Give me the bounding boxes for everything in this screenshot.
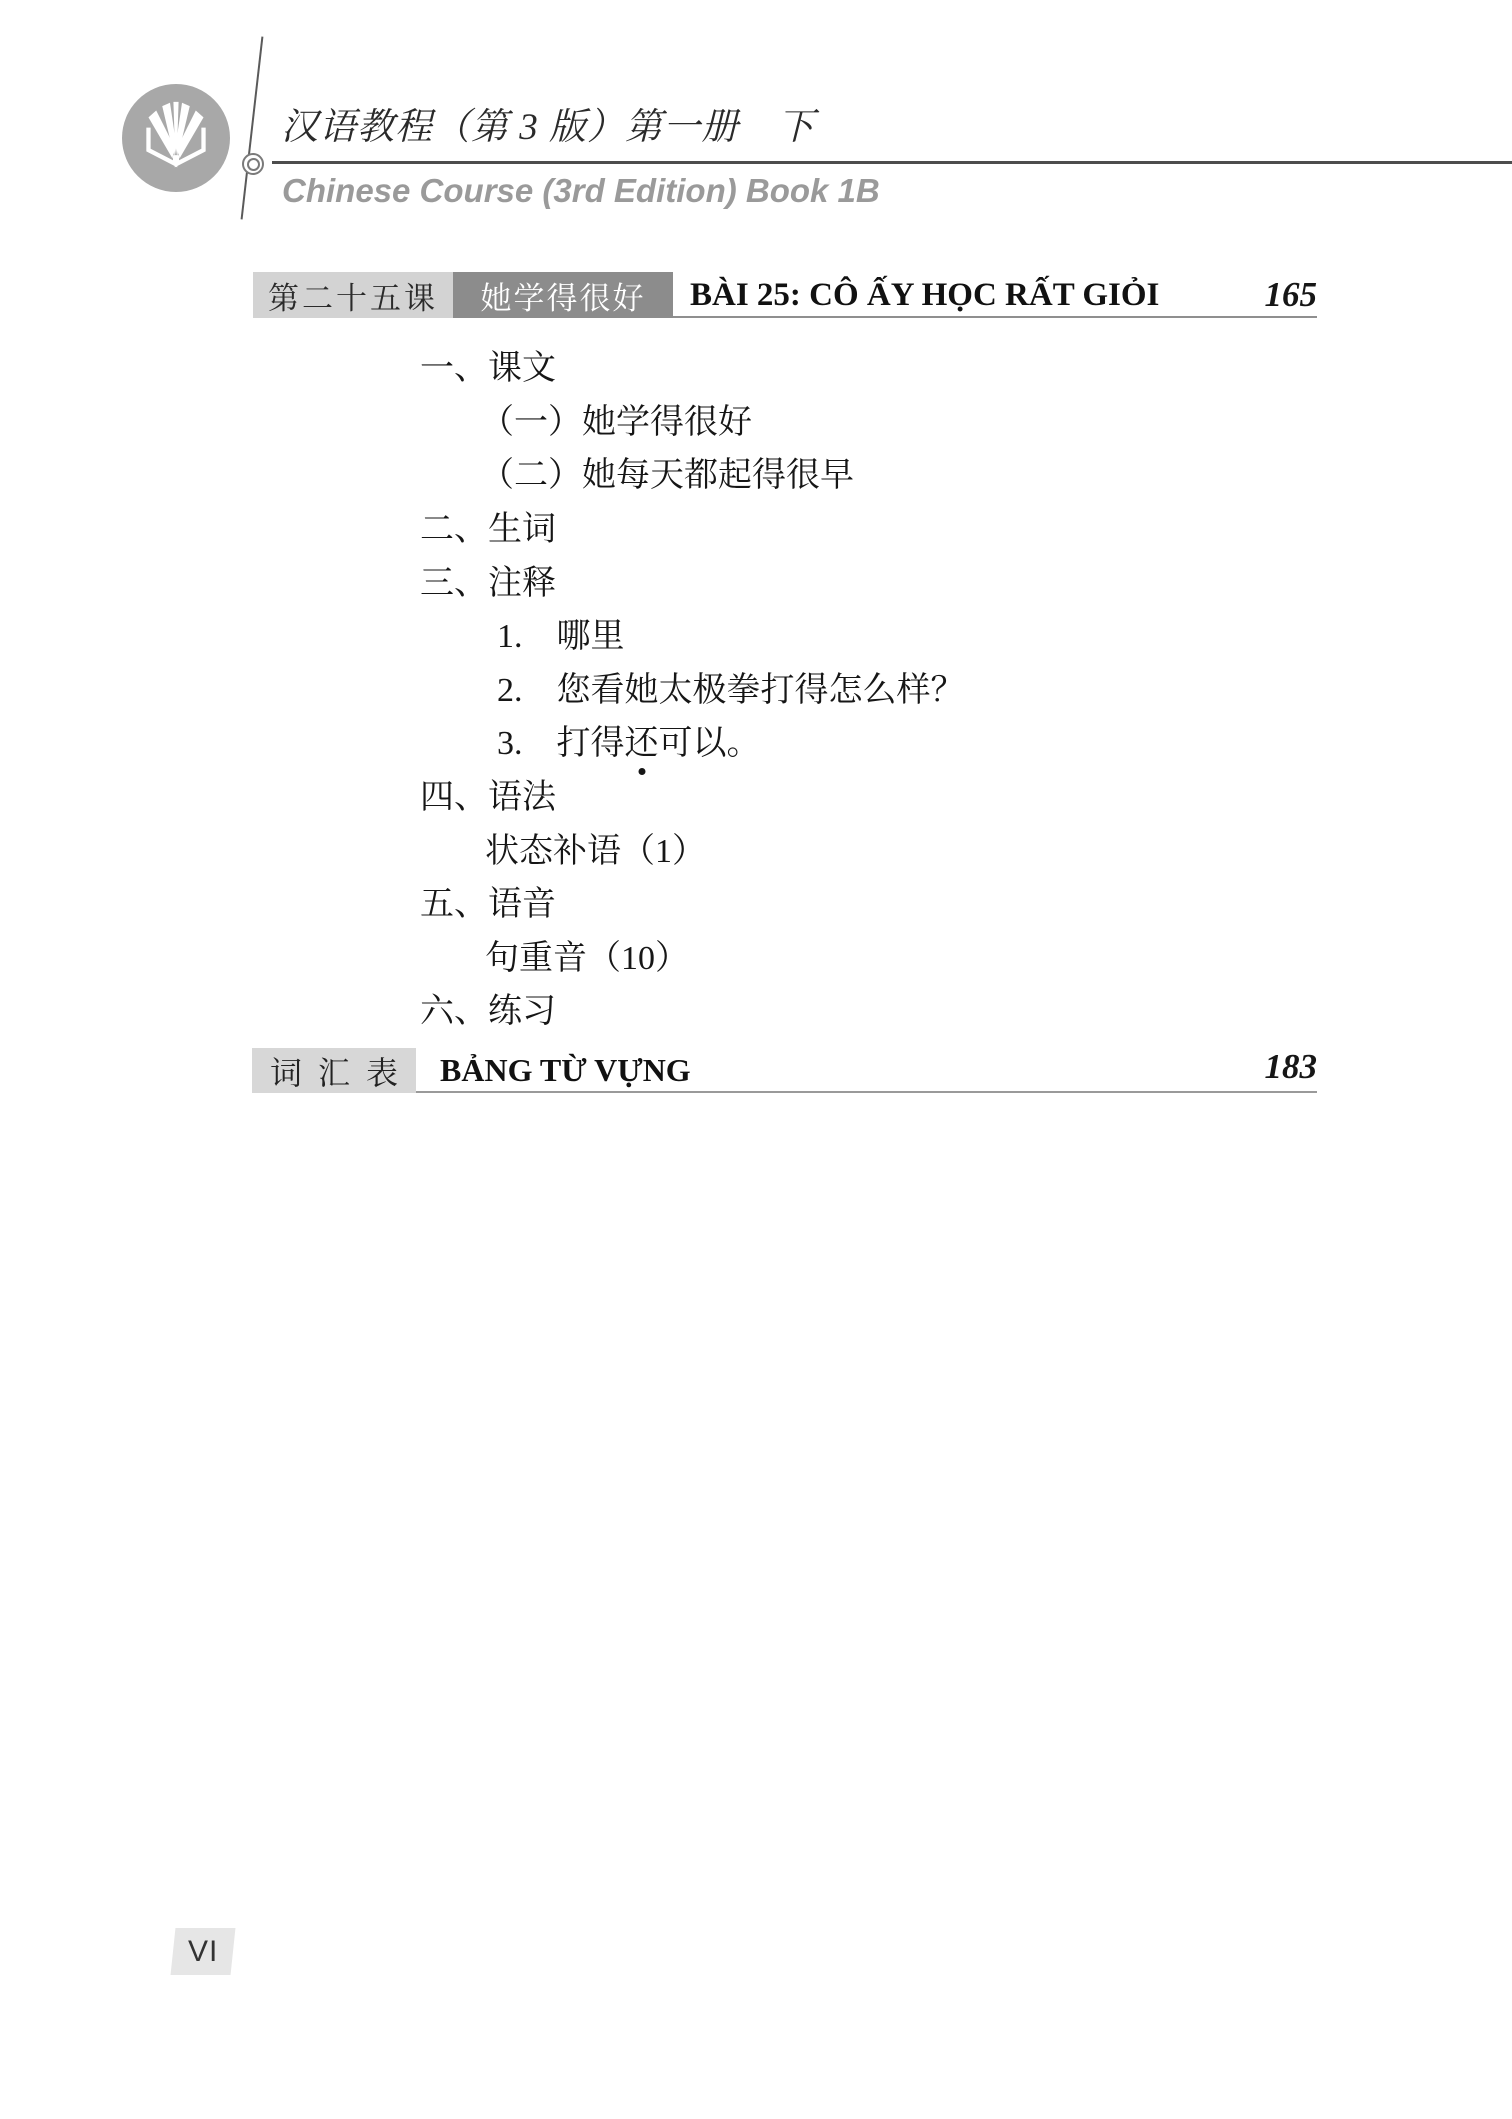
toc-item-text: 句重音（10）: [485, 930, 689, 979]
toc-item: 二、生词: [420, 499, 1180, 553]
diagonal-divider-line: [241, 36, 264, 219]
lesson-title-box: 她学得很好: [453, 272, 673, 318]
toc-item-text: 一、课文: [420, 340, 556, 389]
toc-item-text: 2. 您看她太极拳打得怎么样？: [497, 662, 965, 711]
toc-item-text: 二、生词: [420, 501, 556, 550]
vocab-list-box: 词 汇 表: [252, 1048, 416, 1093]
toc-item-text: （二）她每天都起得很早: [480, 447, 854, 496]
vocab-underline: [416, 1091, 1317, 1093]
open-book-icon: [133, 95, 219, 181]
toc-item-text: 1. 哪里: [497, 608, 625, 657]
book-page: 汉语教程（第 3 版）第一册 下 Chinese Course (3rd Edi…: [0, 0, 1512, 2119]
toc-item: （二）她每天都起得很早: [420, 445, 1180, 499]
lesson-title-vietnamese: BÀI 25: CÔ ẤY HỌC RẤT GIỎI: [690, 272, 1159, 318]
header-rule: [272, 161, 1512, 164]
vocab-list-page-number: 183: [1265, 1044, 1318, 1089]
toc-item-emphasized: 3. 打得还可以。: [420, 713, 1180, 767]
toc-item: 六、练习: [420, 981, 1180, 1035]
toc-item-text: 六、练习: [420, 983, 556, 1032]
toc-item-text: 三、注释: [420, 555, 556, 604]
toc-item: 三、注释: [420, 552, 1180, 606]
toc-item-text: 四、语法: [420, 769, 556, 818]
vocab-list-title-vietnamese: BẢNG TỪ VỰNG: [440, 1048, 691, 1093]
toc-item: 句重音（10）: [420, 928, 1180, 982]
toc-item: （一）她学得很好: [420, 392, 1180, 446]
toc-item-text: 状态补语（1）: [485, 823, 706, 872]
lesson-number-box: 第二十五课: [253, 272, 453, 318]
page-folio-box: VI: [171, 1928, 236, 1975]
book-title-chinese: 汉语教程（第 3 版）第一册 下: [281, 106, 815, 150]
lesson-underline: [673, 316, 1317, 318]
page-folio-number: VI: [188, 1935, 218, 1969]
table-of-contents: 一、课文 （一）她学得很好 （二）她每天都起得很早 二、生词 三、注释 1. 哪…: [420, 338, 1180, 1035]
toc-item-text: 可以。: [659, 715, 761, 764]
ring-marker-icon: [242, 153, 264, 175]
toc-item: 状态补语（1）: [420, 820, 1180, 874]
book-title-english: Chinese Course (3rd Edition) Book 1B: [282, 172, 880, 210]
toc-item: 1. 哪里: [420, 606, 1180, 660]
ring-marker-inner: [247, 158, 260, 171]
toc-item-text: 3. 打得: [497, 715, 625, 764]
toc-item: 2. 您看她太极拳打得怎么样？: [420, 660, 1180, 714]
toc-item: 五、语音: [420, 874, 1180, 928]
toc-item: 四、语法: [420, 767, 1180, 821]
publisher-logo-icon: [122, 84, 230, 192]
lesson-page-number: 165: [1265, 272, 1318, 318]
toc-emphasized-char: 还: [625, 715, 659, 764]
toc-item-text: （一）她学得很好: [480, 394, 752, 443]
toc-item-text: 五、语音: [420, 876, 556, 925]
toc-item: 一、课文: [420, 338, 1180, 392]
